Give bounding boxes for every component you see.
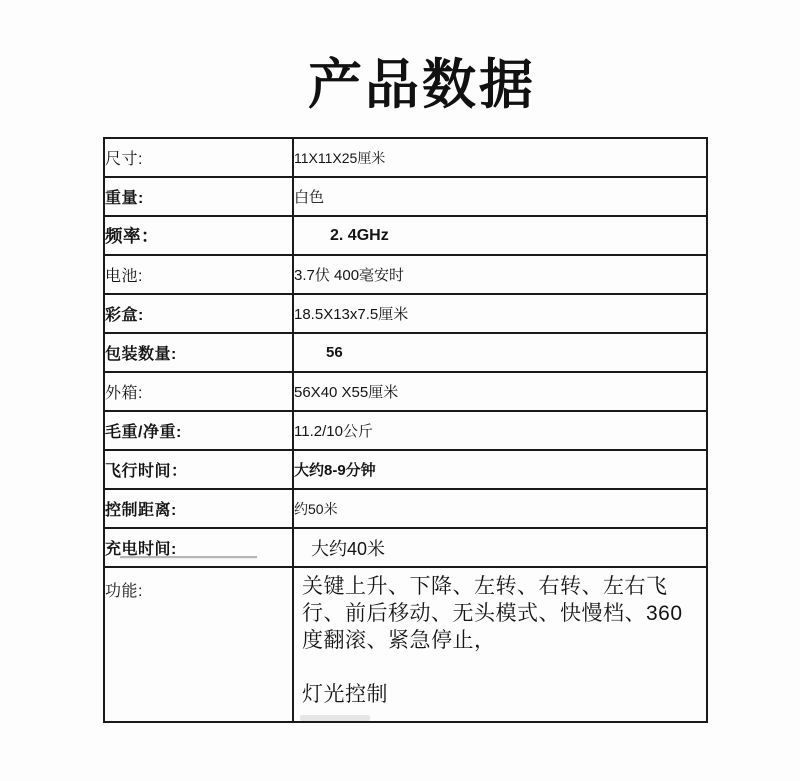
table-row-functions: 功能: 关键上升、下降、左转、右转、左右飞 行、前后移动、无头模式、快慢档、36… bbox=[104, 567, 707, 722]
table-row-flight-time: 飞行时间： 大约8-9分钟 bbox=[104, 450, 707, 489]
table-row-dimensions: 尺寸: 11X11X25厘米 bbox=[104, 138, 707, 177]
spec-table: 尺寸: 11X11X25厘米 重量: 白色 频率： 2. 4GHz 电池: 3.… bbox=[103, 137, 708, 723]
table-row-color-box: 彩盒: 18.5X13x7.5厘米 bbox=[104, 294, 707, 333]
table-row-charging-time: 充电时间: 大约40米 bbox=[104, 528, 707, 567]
spec-label: 包装数量: bbox=[104, 333, 293, 372]
spec-value: 3.7伏 400毫安时 bbox=[293, 255, 707, 294]
spec-value: 大约8-9分钟 bbox=[293, 450, 707, 489]
scan-artifact-underline bbox=[120, 556, 257, 558]
spec-value: 2. 4GHz bbox=[293, 216, 707, 255]
table-row-packing-quantity: 包装数量: 56 bbox=[104, 333, 707, 372]
spec-value: 约50米 bbox=[293, 489, 707, 528]
table-row-gross-net-weight: 毛重/净重: 11.2/10公斤 bbox=[104, 411, 707, 450]
spec-label: 重量: bbox=[104, 177, 293, 216]
scan-artifact-smudge bbox=[300, 715, 370, 721]
table-row-control-distance: 控制距离: 约50米 bbox=[104, 489, 707, 528]
spec-label: 尺寸: bbox=[104, 138, 293, 177]
spec-value: 56X40 X55厘米 bbox=[293, 372, 707, 411]
spec-label: 频率： bbox=[104, 216, 293, 255]
spec-value: 56 bbox=[293, 333, 707, 372]
spec-label: 飞行时间： bbox=[104, 450, 293, 489]
spec-value: 11.2/10公斤 bbox=[293, 411, 707, 450]
table-row-outer-carton: 外箱: 56X40 X55厘米 bbox=[104, 372, 707, 411]
spec-label: 控制距离: bbox=[104, 489, 293, 528]
spec-value: 11X11X25厘米 bbox=[293, 138, 707, 177]
spec-value: 关键上升、下降、左转、右转、左右飞 行、前后移动、无头模式、快慢档、360 度翻… bbox=[293, 567, 707, 722]
spec-value: 18.5X13x7.5厘米 bbox=[293, 294, 707, 333]
spec-label: 外箱: bbox=[104, 372, 293, 411]
table-row-battery: 电池: 3.7伏 400毫安时 bbox=[104, 255, 707, 294]
spec-label: 功能: bbox=[104, 567, 293, 722]
spec-label: 充电时间: bbox=[104, 528, 293, 567]
spec-value: 白色 bbox=[293, 177, 707, 216]
spec-value: 大约40米 bbox=[293, 528, 707, 567]
spec-label: 电池: bbox=[104, 255, 293, 294]
product-data-sheet: 产品数据 尺寸: 11X11X25厘米 重量: 白色 频率： 2. 4GHz 电… bbox=[0, 0, 800, 781]
spec-label: 彩盒: bbox=[104, 294, 293, 333]
table-row-weight: 重量: 白色 bbox=[104, 177, 707, 216]
spec-label: 毛重/净重: bbox=[104, 411, 293, 450]
table-row-frequency: 频率： 2. 4GHz bbox=[104, 216, 707, 255]
page-title: 产品数据 bbox=[22, 42, 800, 119]
